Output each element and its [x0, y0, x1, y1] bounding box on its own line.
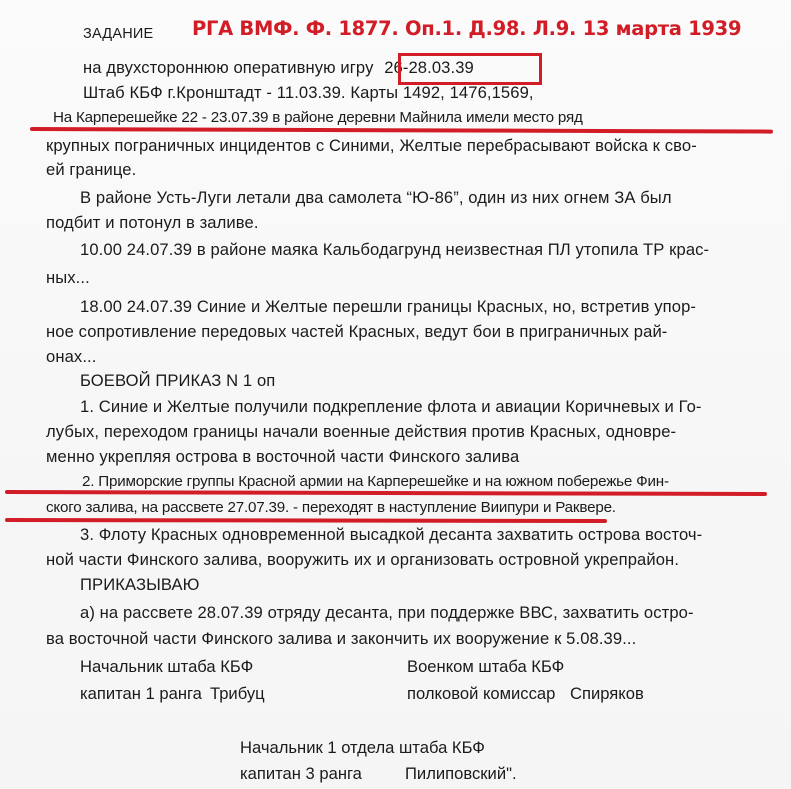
- order-a-line2: ва восточной части Финского залива и зак…: [46, 629, 636, 649]
- document-page: ЗАДАНИЕ РГА ВМФ. Ф. 1877. Оп.1. Д.98. Л.…: [0, 0, 791, 789]
- situation-p3-line1: 10.00 24.07.39 в районе маяка Кальбодагр…: [80, 240, 709, 260]
- red-underline-3: [5, 518, 607, 523]
- signature-2-position: Военком штаба КБФ: [407, 657, 564, 677]
- signature-1-rank: капитан 1 ранга: [80, 684, 202, 704]
- situation-p4-line3: онах...: [46, 347, 96, 367]
- order-item1-line3: менно укрепляя острова в восточной части…: [46, 447, 519, 467]
- order-item3-line1: 3. Флоту Красных одновременной высадкой …: [80, 525, 702, 545]
- signature-1-position: Начальник штаба КБФ: [80, 657, 253, 677]
- situation-p1-line3: ей границе.: [46, 160, 136, 180]
- archive-source-reference: РГА ВМФ. Ф. 1877. Оп.1. Д.98. Л.9. 13 ма…: [192, 17, 741, 40]
- date-highlight-box: [398, 53, 542, 85]
- situation-p4-line1: 18.00 24.07.39 Синие и Желтые перешли гр…: [80, 297, 696, 317]
- situation-p2-line1: В районе Усть-Луги летали два самолета “…: [80, 188, 672, 208]
- staff-line: Штаб КБФ г.Кронштадт - 11.03.39. Карты 1…: [83, 83, 534, 103]
- order-item2-line1: 2. Приморские группы Красной армии на Ка…: [82, 472, 669, 492]
- signature-2-rank: полковой комиссар: [407, 684, 555, 704]
- order-a-line1: а) на рассвете 28.07.39 отряду десанта, …: [80, 603, 694, 623]
- situation-p2-line2: подбит и потонул в заливе.: [46, 213, 259, 233]
- order-title: БОЕВОЙ ПРИКАЗ N 1 оп: [80, 371, 275, 391]
- order-item1-line2: лубых, переходом границы начали военные …: [46, 422, 676, 442]
- signature-2-name: Спиряков: [570, 684, 644, 704]
- order-item2-line2: ского залива, на рассвете 27.07.39. - пе…: [46, 498, 616, 518]
- situation-text: На Карперешейке 22 - 23.07.39 в районе д…: [53, 108, 583, 128]
- order-item3-line2: ной части Финского залива, вооружить их …: [46, 550, 679, 570]
- signature-3-position: Начальник 1 отдела штаба КБФ: [240, 738, 485, 758]
- red-underline-2: [5, 490, 767, 496]
- signature-3-name: Пилиповский".: [405, 764, 517, 784]
- signature-1-name: Трибуц: [210, 684, 265, 704]
- signature-3-rank: капитан 3 ранга: [240, 764, 362, 784]
- situation-p1-line1: На Карперешейке 22 - 23.07.39 в районе д…: [53, 108, 771, 128]
- order-command: ПРИКАЗЫВАЮ: [80, 575, 200, 595]
- situation-p1-line2: крупных пограничных инцидентов с Синими,…: [46, 136, 697, 156]
- document-title: ЗАДАНИЕ: [83, 24, 153, 44]
- order-item1-line1: 1. Синие и Желтые получили подкрепление …: [80, 397, 702, 417]
- situation-p4-line2: ное сопротивление передовых частей Красн…: [46, 322, 667, 342]
- subtitle-prefix: на двухстороннюю оперативную игру: [83, 58, 373, 77]
- situation-p3-line2: ных...: [46, 268, 90, 288]
